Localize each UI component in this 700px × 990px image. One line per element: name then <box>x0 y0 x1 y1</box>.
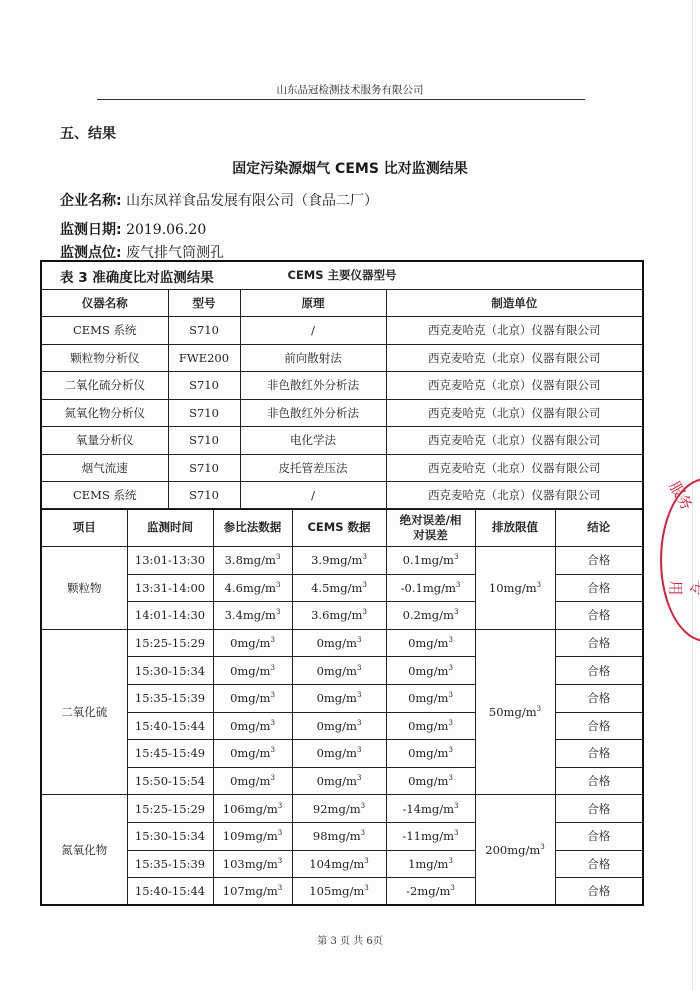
error-value: 0.2mg/m3 <box>386 602 475 630</box>
ref-value: 0mg/m3 <box>213 712 292 740</box>
limit-value: 10mg/m3 <box>475 547 555 630</box>
cems-value: 0mg/m3 <box>292 629 386 657</box>
instrument-manufacturer: 西克麦哈克（北京）仪器有限公司 <box>386 399 643 427</box>
date-line: 监测日期: 2019.06.20 <box>60 219 206 239</box>
col-reference-data: 参比法数据 <box>213 509 292 547</box>
col-limit: 排放限值 <box>475 509 555 547</box>
table-row: 氮氧化物分析仪 S710 非色散红外分析法 西克麦哈克（北京）仪器有限公司 <box>41 399 643 427</box>
col-principle: 原理 <box>240 289 386 317</box>
instrument-name: 氮氧化物分析仪 <box>41 399 168 427</box>
ref-value: 103mg/m3 <box>213 850 292 878</box>
conclusion: 合格 <box>555 822 643 850</box>
instrument-name: CEMS 系统 <box>41 482 168 510</box>
header-divider <box>97 99 585 100</box>
cems-value: 0mg/m3 <box>292 657 386 685</box>
error-value: 0mg/m3 <box>386 684 475 712</box>
cems-value: 3.6mg/m3 <box>292 602 386 630</box>
instrument-principle: 电化学法 <box>240 427 386 455</box>
instrument-manufacturer: 西克麦哈克（北京）仪器有限公司 <box>386 427 643 455</box>
col-cems-data: CEMS 数据 <box>292 509 386 547</box>
conclusion: 合格 <box>555 878 643 906</box>
ref-value: 3.4mg/m3 <box>213 602 292 630</box>
time: 15:40-15:44 <box>127 712 213 740</box>
error-value: 1mg/m3 <box>386 850 475 878</box>
col-conclusion: 结论 <box>555 509 643 547</box>
table-row: 颗粒物分析仪 FWE200 前向散射法 西克麦哈克（北京）仪器有限公司 <box>41 344 643 372</box>
col-error-line1: 绝对误差/相 <box>400 513 462 527</box>
instrument-principle: 皮托管差压法 <box>240 454 386 482</box>
error-value: 0mg/m3 <box>386 767 475 795</box>
instrument-table-title: CEMS 主要仪器型号 <box>41 261 643 289</box>
instrument-manufacturer: 西克麦哈克（北京）仪器有限公司 <box>386 317 643 345</box>
cems-value: 0mg/m3 <box>292 684 386 712</box>
instrument-principle: / <box>240 317 386 345</box>
instrument-principle: 前向散射法 <box>240 344 386 372</box>
instrument-name: 烟气流速 <box>41 454 168 482</box>
cems-value: 0mg/m3 <box>292 740 386 768</box>
error-value: -11mg/m3 <box>386 822 475 850</box>
error-value: 0mg/m3 <box>386 657 475 685</box>
time: 15:45-15:49 <box>127 740 213 768</box>
col-time: 监测时间 <box>127 509 213 547</box>
time: 15:30-15:34 <box>127 822 213 850</box>
table-row: 氮氧化物 15:25-15:29 106mg/m3 92mg/m3 -14mg/… <box>41 795 643 823</box>
limit-value: 200mg/m3 <box>475 795 555 905</box>
time: 15:25-15:29 <box>127 629 213 657</box>
instrument-manufacturer: 西克麦哈克（北京）仪器有限公司 <box>386 344 643 372</box>
ref-value: 4.6mg/m3 <box>213 574 292 602</box>
ref-value: 0mg/m3 <box>213 740 292 768</box>
group-item: 颗粒物 <box>41 547 127 630</box>
cems-value: 4.5mg/m3 <box>292 574 386 602</box>
error-value: -0.1mg/m3 <box>386 574 475 602</box>
ref-value: 0mg/m3 <box>213 657 292 685</box>
cems-value: 92mg/m3 <box>292 795 386 823</box>
error-value: 0mg/m3 <box>386 712 475 740</box>
time: 15:50-15:54 <box>127 767 213 795</box>
cems-value: 0mg/m3 <box>292 767 386 795</box>
conclusion: 合格 <box>555 795 643 823</box>
ref-value: 109mg/m3 <box>213 822 292 850</box>
instrument-name: 颗粒物分析仪 <box>41 344 168 372</box>
document-title: 固定污染源烟气 CEMS 比对监测结果 <box>0 158 700 178</box>
col-instrument-name: 仪器名称 <box>41 289 168 317</box>
instrument-manufacturer: 西克麦哈克（北京）仪器有限公司 <box>386 372 643 400</box>
instrument-principle: 非色散红外分析法 <box>240 372 386 400</box>
location-label: 监测点位: <box>60 245 122 261</box>
conclusion: 合格 <box>555 712 643 740</box>
instrument-table: CEMS 主要仪器型号 仪器名称 型号 原理 制造单位 CEMS 系统 S710… <box>40 260 644 510</box>
group-item: 二氧化硫 <box>41 629 127 795</box>
cems-value: 105mg/m3 <box>292 878 386 906</box>
time: 15:35-15:39 <box>127 850 213 878</box>
instrument-manufacturer: 西克麦哈克（北京）仪器有限公司 <box>386 482 643 510</box>
date-label: 监测日期: <box>60 222 122 238</box>
enterprise-value: 山东凤祥食品发展有限公司（食品二厂） <box>126 193 378 209</box>
instrument-model: S710 <box>168 427 240 455</box>
col-error-line2: 对误差 <box>413 528 448 542</box>
ref-value: 0mg/m3 <box>213 629 292 657</box>
instrument-model: S710 <box>168 454 240 482</box>
result-table: 项目 监测时间 参比法数据 CEMS 数据 绝对误差/相 对误差 排放限值 结论… <box>40 508 644 906</box>
instrument-model: S710 <box>168 482 240 510</box>
location-value: 废气排气筒测孔 <box>126 245 224 261</box>
ref-value: 0mg/m3 <box>213 684 292 712</box>
ref-value: 0mg/m3 <box>213 767 292 795</box>
error-value: 0mg/m3 <box>386 740 475 768</box>
instrument-model: S710 <box>168 317 240 345</box>
time: 13:31-14:00 <box>127 574 213 602</box>
date-value: 2019.06.20 <box>126 222 206 238</box>
instrument-table-header: 仪器名称 型号 原理 制造单位 <box>41 289 643 317</box>
conclusion: 合格 <box>555 629 643 657</box>
result-table-header: 项目 监测时间 参比法数据 CEMS 数据 绝对误差/相 对误差 排放限值 结论 <box>41 509 643 547</box>
cems-value: 0mg/m3 <box>292 712 386 740</box>
instrument-table-title-row: CEMS 主要仪器型号 <box>41 261 643 289</box>
table-row: 颗粒物 13:01-13:30 3.8mg/m3 3.9mg/m3 0.1mg/… <box>41 547 643 575</box>
col-item: 项目 <box>41 509 127 547</box>
page-number: 第 3 页 共 6页 <box>0 932 700 947</box>
conclusion: 合格 <box>555 684 643 712</box>
conclusion: 合格 <box>555 547 643 575</box>
ref-value: 3.8mg/m3 <box>213 547 292 575</box>
table-row: 二氧化硫分析仪 S710 非色散红外分析法 西克麦哈克（北京）仪器有限公司 <box>41 372 643 400</box>
table-row: CEMS 系统 S710 / 西克麦哈克（北京）仪器有限公司 <box>41 317 643 345</box>
time: 13:01-13:30 <box>127 547 213 575</box>
limit-value: 50mg/m3 <box>475 629 555 795</box>
seal-text-bottom: 专用 <box>666 581 700 608</box>
table-row: CEMS 系统 S710 / 西克麦哈克（北京）仪器有限公司 <box>41 482 643 510</box>
conclusion: 合格 <box>555 767 643 795</box>
location-line: 监测点位: 废气排气筒测孔 <box>60 242 224 262</box>
instrument-name: CEMS 系统 <box>41 317 168 345</box>
table-row: 烟气流速 S710 皮托管差压法 西克麦哈克（北京）仪器有限公司 <box>41 454 643 482</box>
conclusion: 合格 <box>555 574 643 602</box>
col-model: 型号 <box>168 289 240 317</box>
time: 15:40-15:44 <box>127 878 213 906</box>
cems-value: 98mg/m3 <box>292 822 386 850</box>
instrument-model: S710 <box>168 399 240 427</box>
group-item: 氮氧化物 <box>41 795 127 905</box>
time: 15:30-15:34 <box>127 657 213 685</box>
cems-value: 104mg/m3 <box>292 850 386 878</box>
instrument-model: FWE200 <box>168 344 240 372</box>
instrument-name: 氧量分析仪 <box>41 427 168 455</box>
section-title: 五、结果 <box>60 123 116 143</box>
cems-value: 3.9mg/m3 <box>292 547 386 575</box>
col-manufacturer: 制造单位 <box>386 289 643 317</box>
table-row: 二氧化硫 15:25-15:29 0mg/m3 0mg/m3 0mg/m3 50… <box>41 629 643 657</box>
ref-value: 107mg/m3 <box>213 878 292 906</box>
time: 15:25-15:29 <box>127 795 213 823</box>
enterprise-line: 企业名称: 山东凤祥食品发展有限公司（食品二厂） <box>60 190 378 210</box>
error-value: -2mg/m3 <box>386 878 475 906</box>
conclusion: 合格 <box>555 602 643 630</box>
enterprise-label: 企业名称: <box>60 193 122 209</box>
instrument-principle: 非色散红外分析法 <box>240 399 386 427</box>
error-value: -14mg/m3 <box>386 795 475 823</box>
instrument-manufacturer: 西克麦哈克（北京）仪器有限公司 <box>386 454 643 482</box>
conclusion: 合格 <box>555 740 643 768</box>
error-value: 0mg/m3 <box>386 629 475 657</box>
time: 14:01-14:30 <box>127 602 213 630</box>
instrument-principle: / <box>240 482 386 510</box>
conclusion: 合格 <box>555 657 643 685</box>
ref-value: 106mg/m3 <box>213 795 292 823</box>
instrument-name: 二氧化硫分析仪 <box>41 372 168 400</box>
header-company-name: 山东品冠检测技术服务有限公司 <box>0 82 700 97</box>
instrument-model: S710 <box>168 372 240 400</box>
table-row: 氧量分析仪 S710 电化学法 西克麦哈克（北京）仪器有限公司 <box>41 427 643 455</box>
conclusion: 合格 <box>555 850 643 878</box>
time: 15:35-15:39 <box>127 684 213 712</box>
error-value: 0.1mg/m3 <box>386 547 475 575</box>
col-error: 绝对误差/相 对误差 <box>386 509 475 547</box>
